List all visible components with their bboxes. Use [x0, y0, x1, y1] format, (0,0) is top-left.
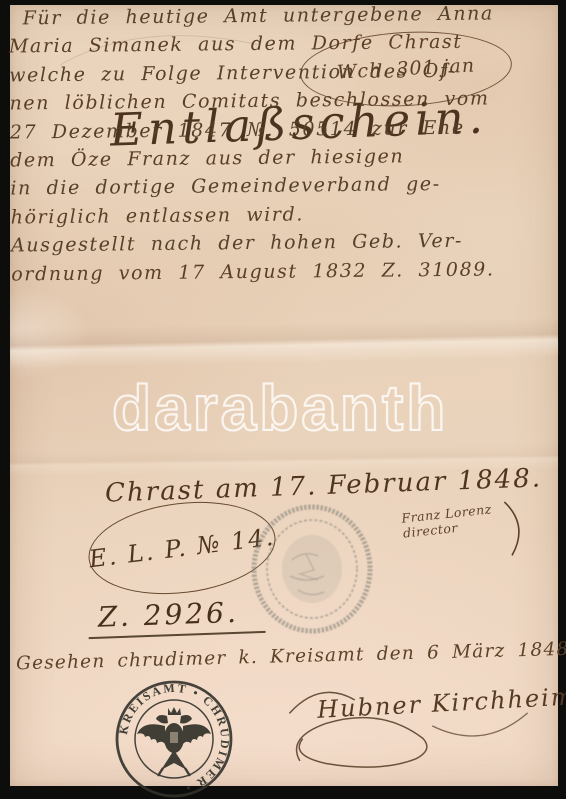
signature-block: Hubner Kirchheim [279, 660, 542, 783]
body-paragraph: Für die heutige Amt untergebene Anna Mar… [9, 3, 490, 292]
paper-sheet: Wch. 301 jan Entlaßschein. Für die heuti… [10, 5, 558, 786]
double-headed-eagle-emblem [137, 707, 211, 776]
body-line: ordnung vom 17 August 1832 Z. 31089. [11, 258, 489, 291]
double-eagle-seal-stamp: KREISAMT • CHRUDIMER • [113, 678, 235, 799]
flourish-paren [500, 498, 532, 558]
scanned-document: Wch. 301 jan Entlaßschein. Für die heuti… [0, 0, 566, 799]
side-signature-note: Franz Lorenz director [401, 499, 514, 540]
registry-number: Z. 2926. [87, 595, 265, 639]
paper-fold-crease [10, 317, 559, 368]
faded-oval-seal-stamp [248, 504, 376, 634]
watermark-text: darabanth [112, 372, 448, 444]
auction-watermark: darabanth [110, 368, 482, 450]
